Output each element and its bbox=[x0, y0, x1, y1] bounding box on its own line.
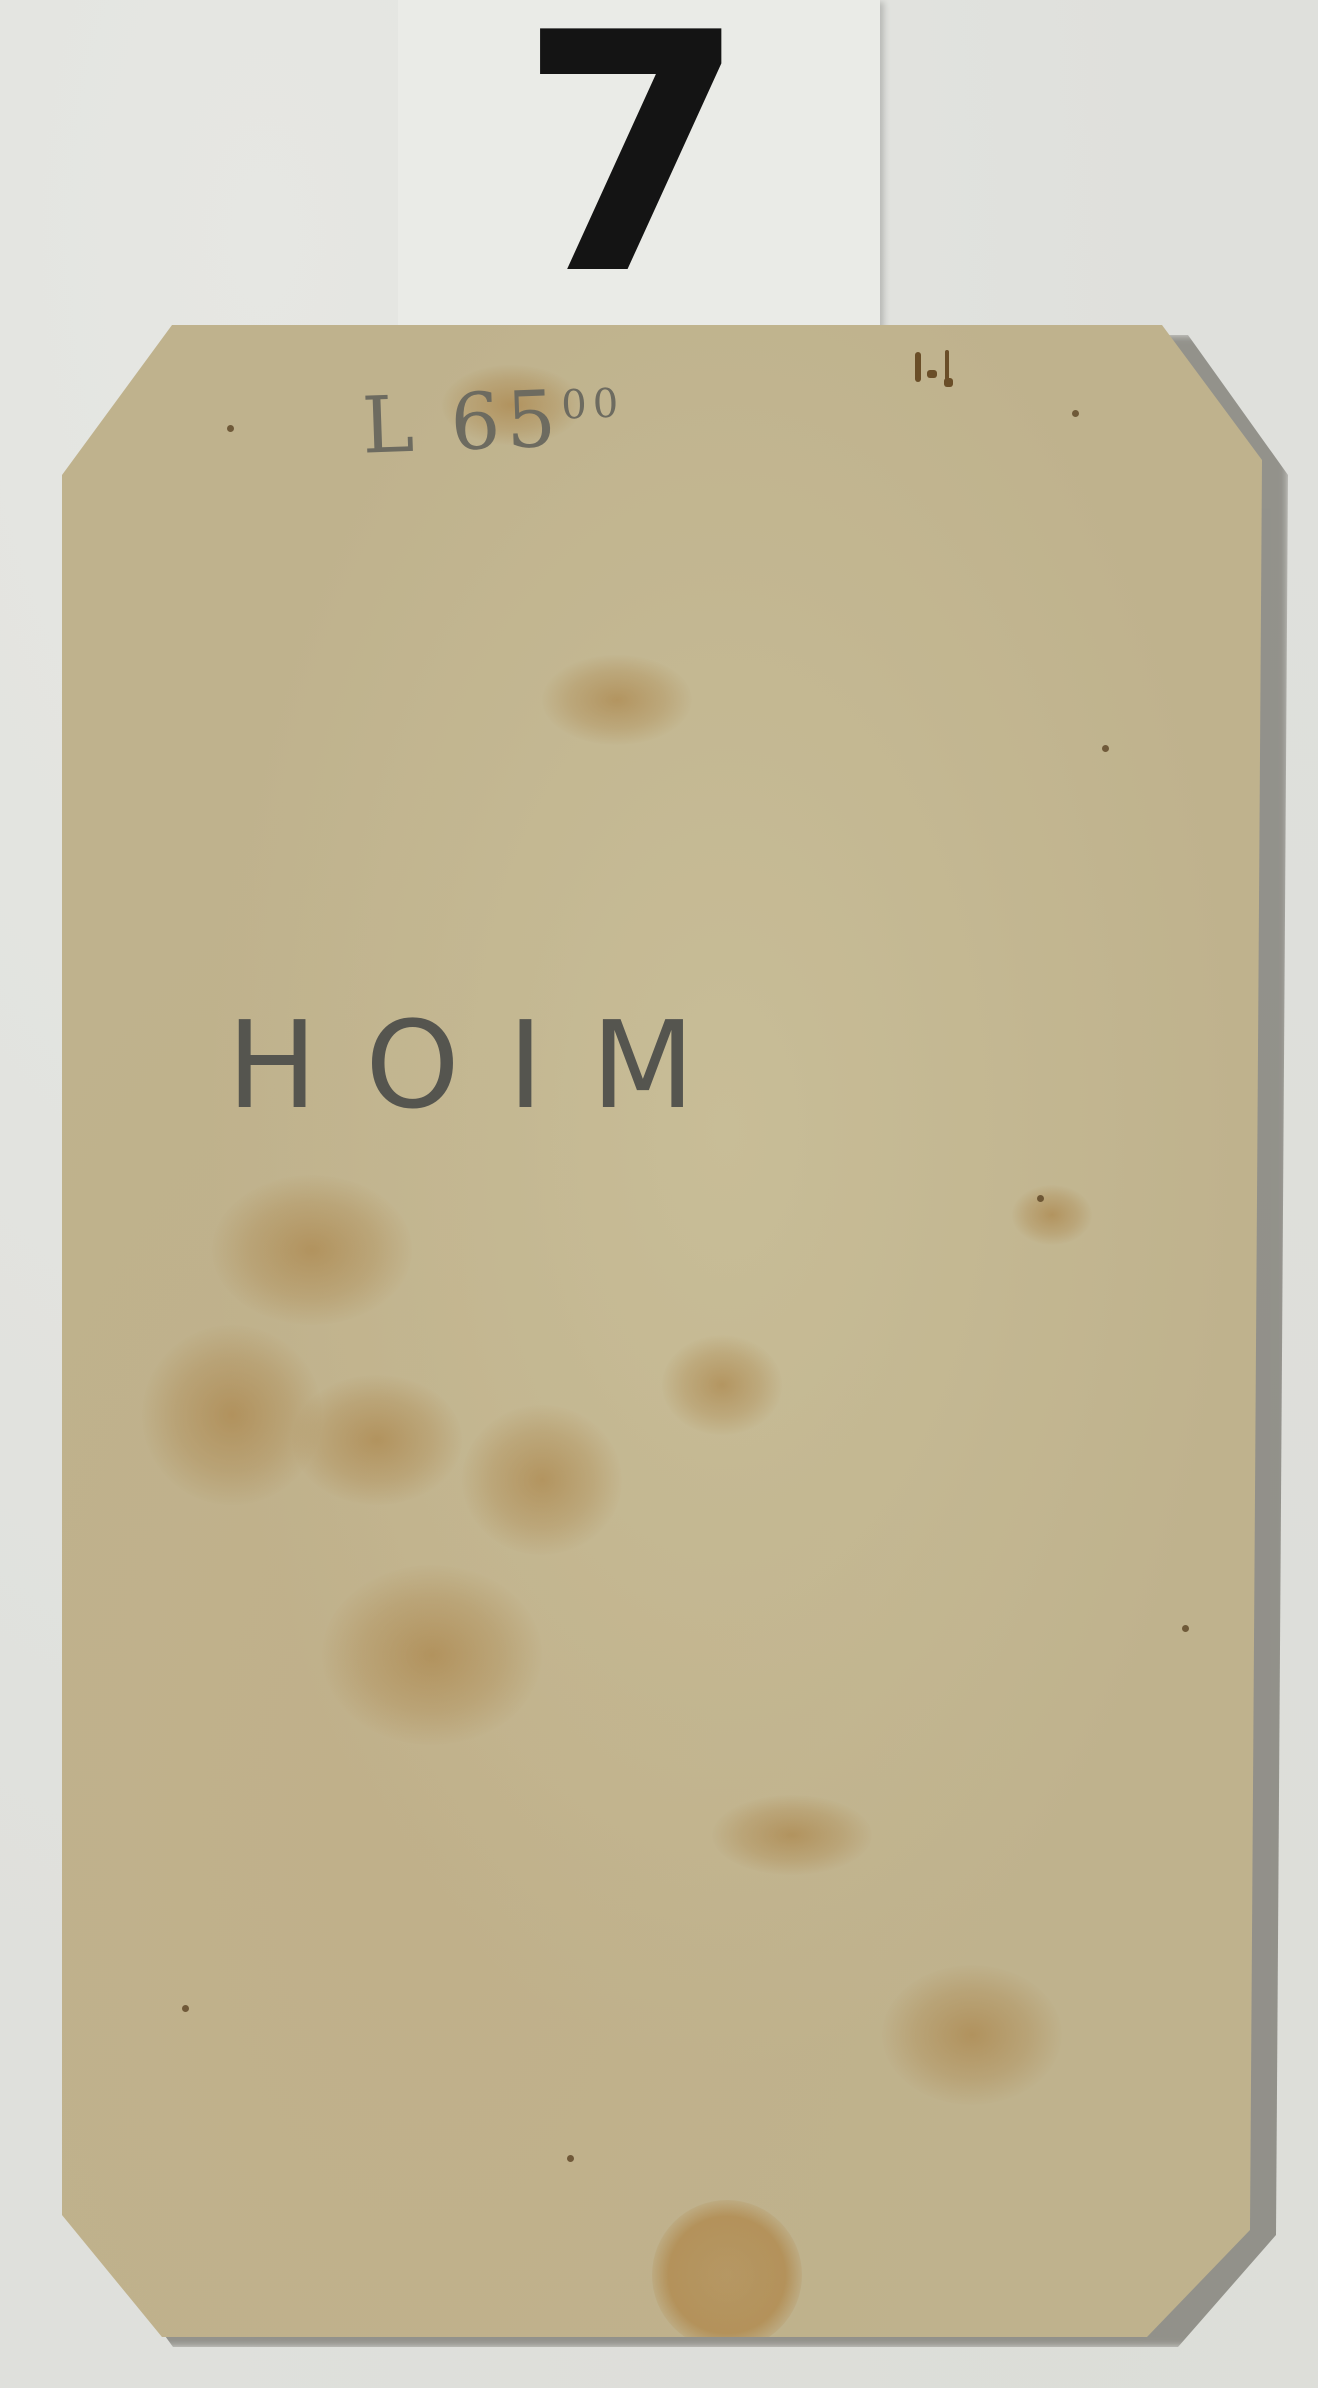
stain bbox=[652, 2200, 802, 2350]
speck bbox=[567, 2155, 574, 2162]
stain bbox=[462, 1405, 622, 1555]
stain bbox=[1012, 1185, 1092, 1245]
handwritten-mark: HOIM bbox=[227, 997, 743, 1136]
stain bbox=[292, 1375, 462, 1505]
speck bbox=[227, 425, 234, 432]
stain bbox=[712, 1795, 872, 1875]
stain bbox=[542, 655, 692, 745]
speck bbox=[1182, 1625, 1189, 1632]
stain bbox=[662, 1335, 782, 1435]
speck bbox=[1102, 745, 1109, 752]
tag-number: 7 bbox=[518, 0, 748, 320]
price-text: L 65 bbox=[361, 375, 564, 472]
price-superscript: 00 bbox=[561, 380, 625, 428]
number-tag: 7 bbox=[398, 0, 880, 340]
stain bbox=[142, 1325, 322, 1505]
speck bbox=[1072, 410, 1079, 417]
antique-card-back: L 6500 HOIM bbox=[62, 325, 1270, 2337]
speck bbox=[1037, 1195, 1044, 1202]
speck bbox=[182, 2005, 189, 2012]
stain bbox=[322, 1565, 542, 1745]
stain bbox=[212, 1175, 412, 1325]
corner-mark bbox=[907, 342, 962, 397]
stain bbox=[882, 1965, 1062, 2105]
price-notation: L 6500 bbox=[361, 372, 627, 471]
